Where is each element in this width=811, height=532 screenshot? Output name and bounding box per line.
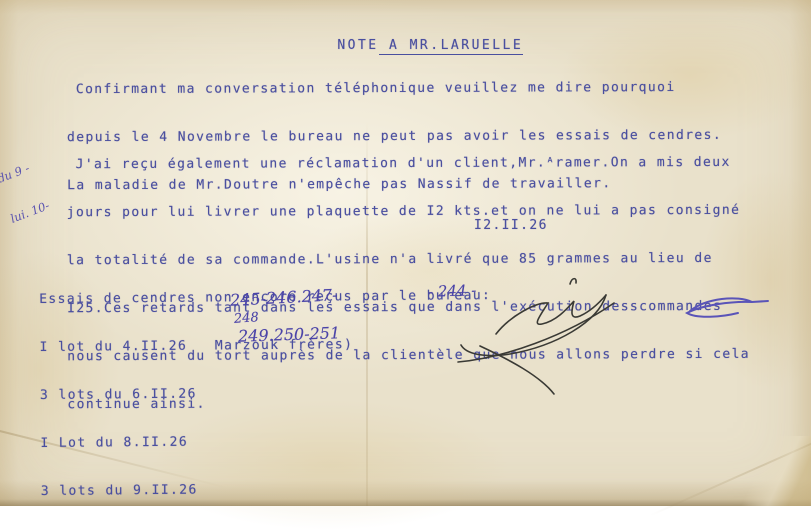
list-row-typed: 3 lots du 9.II.26 (41, 480, 493, 500)
folded-corner (716, 436, 811, 506)
paragraph-line: J'ai reçu également une réclamation d'un… (67, 155, 750, 173)
signature-scribble (452, 272, 687, 397)
paragraph-line: Confirmant ma conversation téléphonique … (67, 80, 722, 98)
margin-annotation: du 9 - lui. 10- (0, 133, 61, 251)
list-row-typed: I Lot du 8.II.26 (40, 432, 492, 452)
scanned-letter-page: NOTE A MR.LARUELLE Confirmant ma convers… (0, 0, 811, 506)
handwritten-number: 248 (234, 310, 260, 327)
date-typed: I2.II.26 (474, 218, 548, 234)
handwritten-number: 249.250-251 (238, 323, 341, 346)
blue-ink-mark (678, 292, 774, 330)
margin-annotation-line: du 9 - (0, 159, 36, 186)
list-row-typed: 3 lots du 6.II.26 (40, 384, 492, 404)
margin-annotation-line: lui. 10- (8, 198, 51, 226)
paragraph-line: jours pour lui livrer une plaquette de I… (67, 203, 750, 221)
